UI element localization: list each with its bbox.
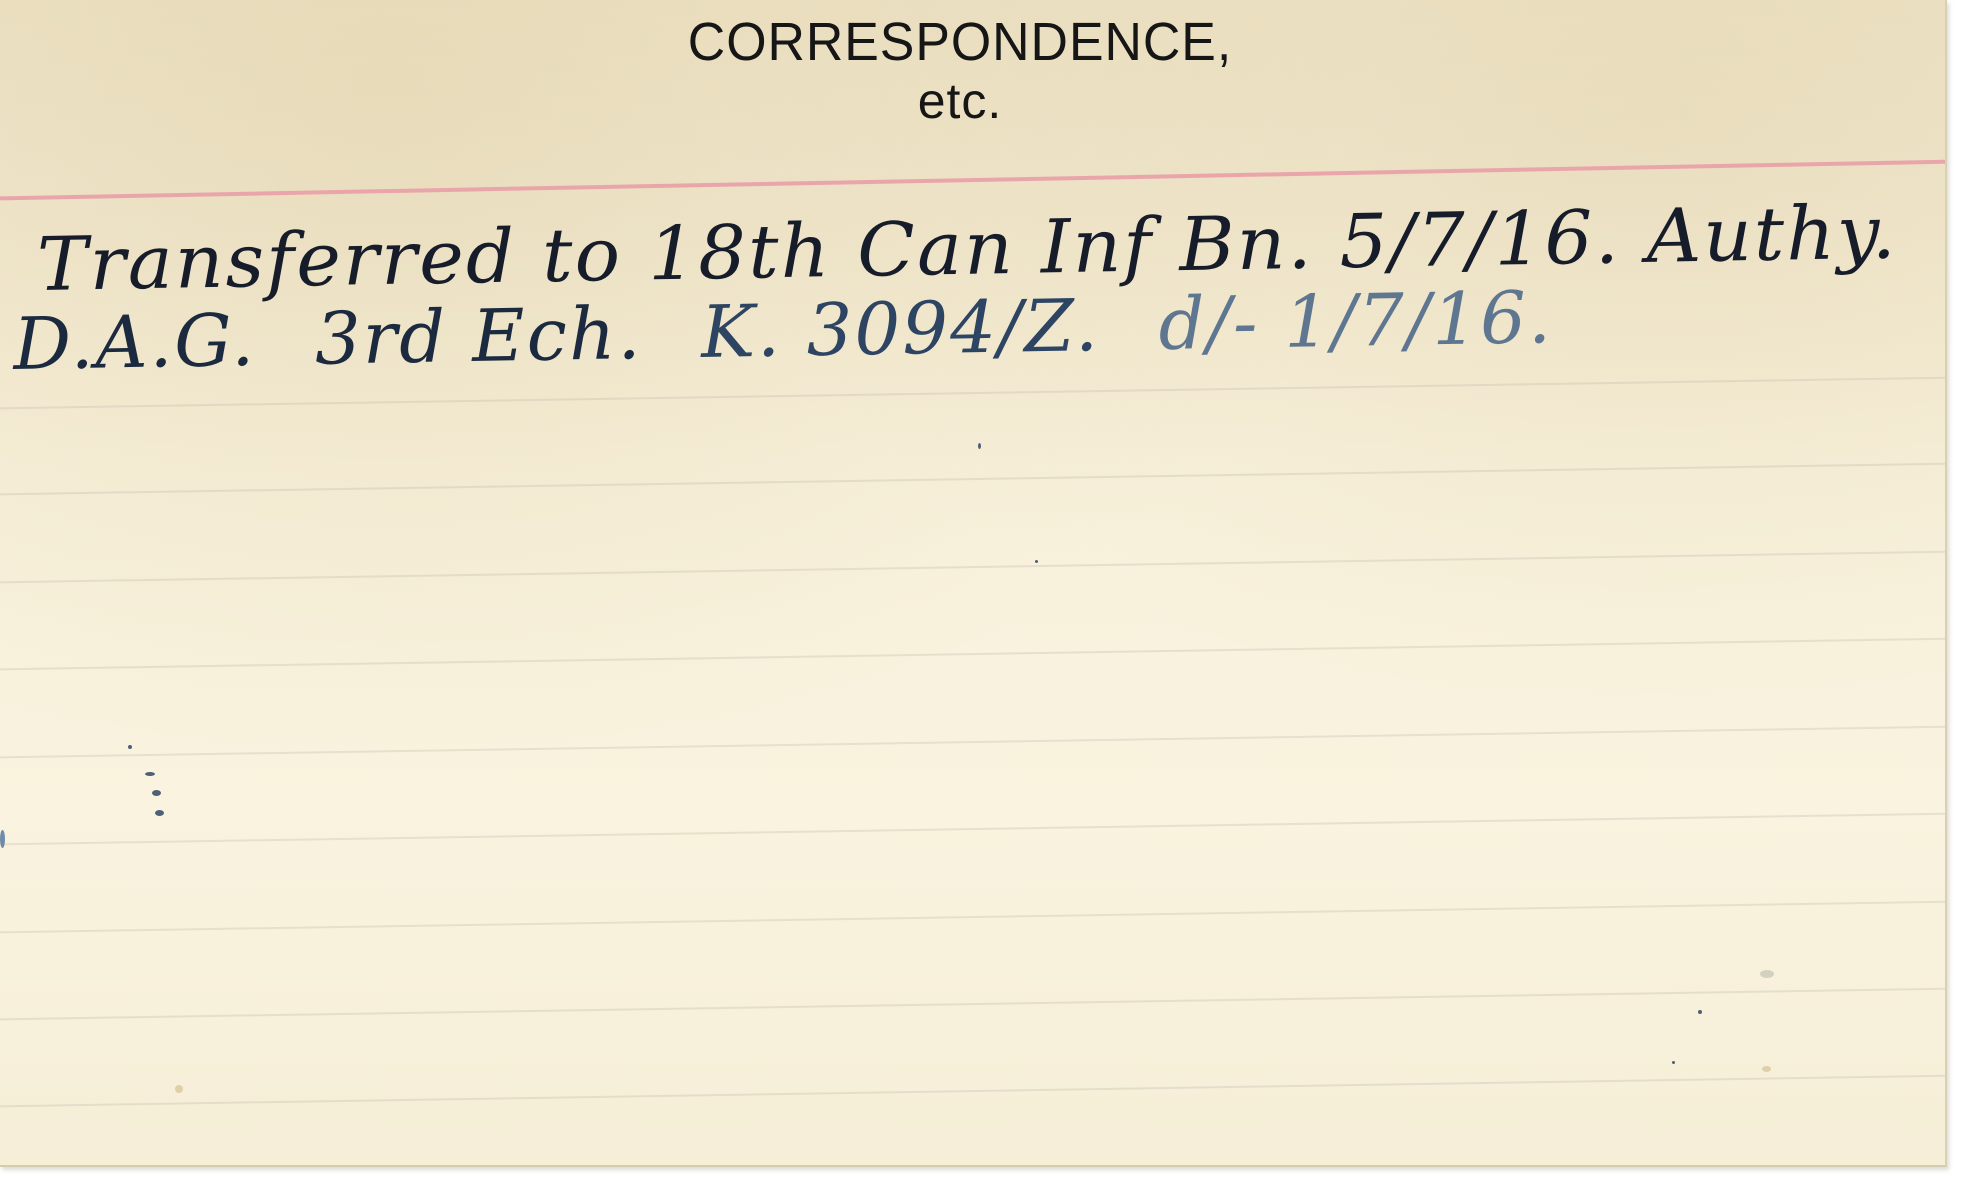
- ink-speck: [0, 830, 5, 848]
- ink-speck: [145, 772, 155, 776]
- card-subheading: etc.: [0, 73, 1920, 129]
- ruled-line: [0, 813, 1947, 846]
- authority-echelon: 3rd Ech.: [314, 291, 643, 381]
- ink-speck: [152, 790, 161, 796]
- ruled-line: [0, 463, 1947, 496]
- authority-dag: D.A.G.: [13, 298, 257, 386]
- ruled-line: [0, 988, 1947, 1021]
- ruled-line: [0, 551, 1947, 584]
- ruled-line: [0, 377, 1947, 410]
- ink-speck: [128, 745, 132, 749]
- ink-speck: [978, 443, 981, 449]
- scan-background: CORRESPONDENCE, etc. Transferred to 18th…: [0, 0, 1981, 1200]
- ink-speck: [155, 810, 164, 816]
- paper-spot: [175, 1085, 183, 1093]
- card-heading: CORRESPONDENCE,: [38, 12, 1881, 72]
- record-card: CORRESPONDENCE, etc. Transferred to 18th…: [0, 0, 1947, 1167]
- ruled-line: [0, 901, 1947, 934]
- ink-speck: [1035, 560, 1038, 563]
- ruled-line: [0, 638, 1947, 671]
- paper-spot: [1760, 970, 1774, 978]
- authority-date: d/- 1/7/16.: [1158, 275, 1554, 366]
- ruled-line: [0, 726, 1947, 759]
- authority-reference: K. 3094/Z.: [700, 283, 1100, 374]
- ruled-line: [0, 1075, 1947, 1108]
- paper-spot: [1762, 1066, 1771, 1072]
- ink-speck: [1698, 1010, 1702, 1014]
- ink-speck: [1672, 1061, 1675, 1064]
